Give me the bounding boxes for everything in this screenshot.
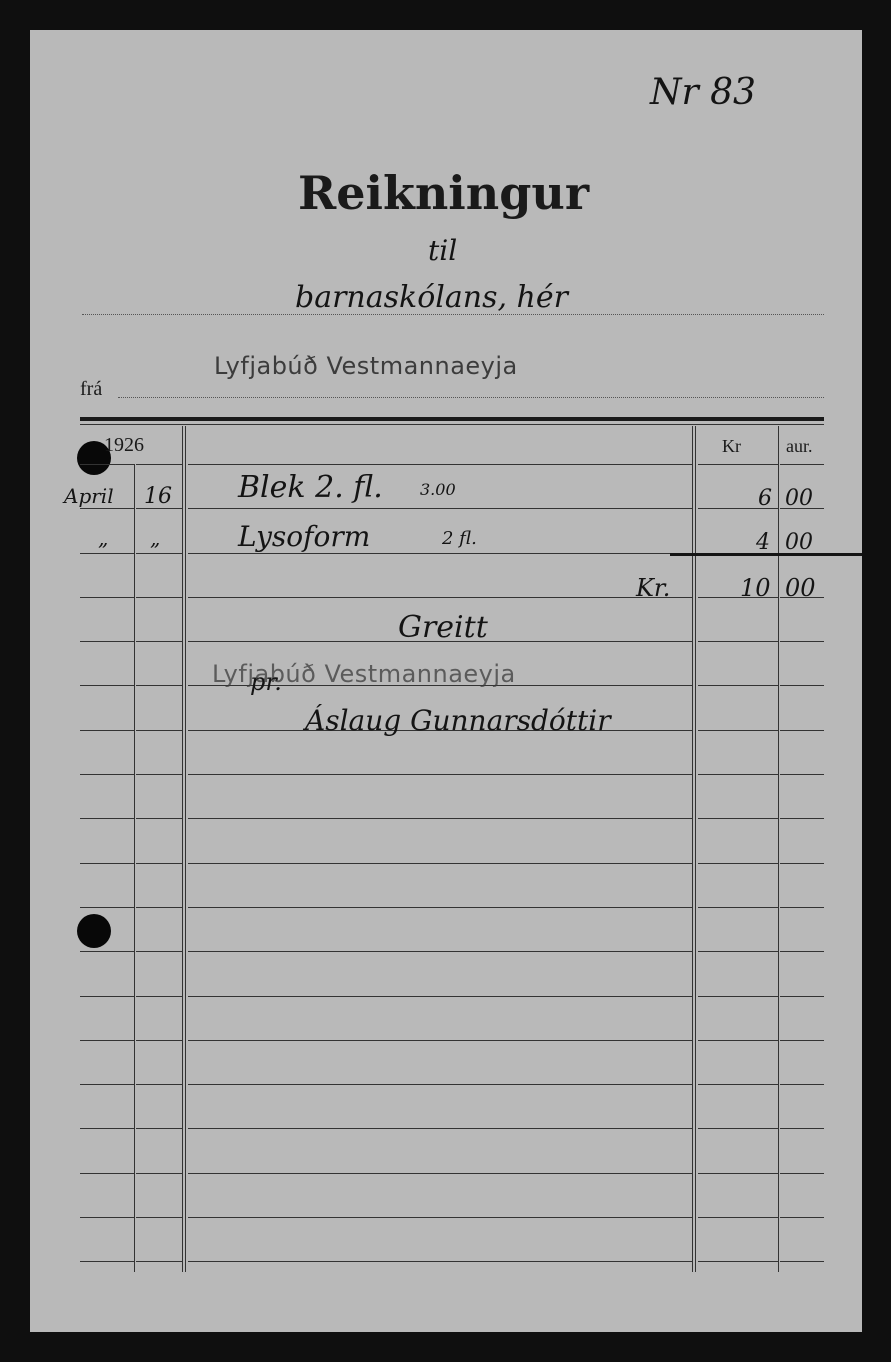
row-line [80, 685, 134, 686]
total-aur: 00 [785, 574, 816, 602]
row-line [698, 1040, 778, 1041]
row2-item: Lysoform [238, 520, 370, 553]
total-rule [670, 553, 862, 556]
row-line [698, 464, 778, 465]
row-line [780, 464, 824, 465]
row-line [136, 553, 182, 554]
row-line [780, 863, 824, 864]
row1-unit-price: 3.00 [420, 480, 456, 499]
row2-day: „ [150, 526, 160, 550]
row-line [698, 1217, 778, 1218]
row-line [698, 1084, 778, 1085]
row-line [136, 1173, 182, 1174]
row-line [136, 597, 182, 598]
page-title: Reikningur [298, 166, 589, 220]
row-line [698, 951, 778, 952]
row-line [698, 907, 778, 908]
header-rule [80, 417, 824, 421]
row-line [698, 1128, 778, 1129]
row-line [136, 1217, 182, 1218]
row-line [136, 1040, 182, 1041]
row-line [780, 1217, 824, 1218]
row-line [80, 1084, 134, 1085]
row-line [698, 1261, 778, 1262]
row-line [136, 907, 182, 908]
col-line-day [134, 464, 135, 1272]
row-line [698, 641, 778, 642]
row-line [80, 730, 134, 731]
recipient-line [82, 314, 824, 315]
row-line [188, 553, 692, 554]
row-line [188, 951, 692, 952]
row2-kr: 4 [756, 530, 770, 555]
row-line [80, 641, 134, 642]
row-line [136, 1084, 182, 1085]
row1-kr: 6 [758, 486, 772, 511]
row-line [780, 818, 824, 819]
row-line [188, 863, 692, 864]
row-line [188, 597, 692, 598]
row-line [780, 996, 824, 997]
row-line [80, 508, 134, 509]
row-line [698, 685, 778, 686]
row-line [780, 1084, 824, 1085]
row-line [136, 464, 182, 465]
col-line-desc-2 [185, 426, 186, 1272]
from-stamp: Lyfjabúð Vestmannaeyja [214, 352, 518, 380]
per-label: pr. [250, 668, 282, 696]
row-line [80, 1217, 134, 1218]
row-line [698, 774, 778, 775]
row-line [780, 951, 824, 952]
aur-header: aur. [786, 436, 813, 457]
row-line [698, 1173, 778, 1174]
row-line [188, 464, 692, 465]
row1-item: Blek 2. fl. [238, 470, 383, 505]
row-line [136, 1128, 182, 1129]
row-line [188, 818, 692, 819]
row-line [136, 951, 182, 952]
row-line [780, 730, 824, 731]
row-line [780, 1040, 824, 1041]
row-line [780, 641, 824, 642]
row-line [188, 1173, 692, 1174]
row-line [188, 1040, 692, 1041]
row-line [188, 996, 692, 997]
signature: Áslaug Gunnarsdóttir [305, 704, 611, 737]
row-line [780, 907, 824, 908]
invoice-number: Nr 83 [650, 72, 756, 113]
row-line [188, 1217, 692, 1218]
to-label: til [428, 234, 457, 267]
paid-label: Greitt [398, 610, 488, 645]
row-line [80, 774, 134, 775]
row-line [698, 818, 778, 819]
row1-month: April [64, 484, 114, 508]
row-line [80, 1040, 134, 1041]
row-line [188, 907, 692, 908]
row-line [136, 685, 182, 686]
row-line [188, 774, 692, 775]
row-line [136, 996, 182, 997]
row-line [80, 464, 134, 465]
row-line [780, 685, 824, 686]
row-line [188, 1084, 692, 1085]
row-line [136, 1261, 182, 1262]
recipient-name: barnaskólans, hér [295, 280, 568, 315]
year-label: 1926 [104, 434, 144, 457]
row-line [698, 996, 778, 997]
row2-month: „ [98, 526, 108, 550]
row-line [80, 818, 134, 819]
row-line [698, 863, 778, 864]
row-line [136, 641, 182, 642]
row-line [136, 730, 182, 731]
row-line [80, 1128, 134, 1129]
row2-aur: 00 [785, 530, 813, 555]
row-line [80, 951, 134, 952]
from-label: frá [80, 378, 102, 401]
row-line [80, 597, 134, 598]
row1-day: 16 [144, 484, 172, 509]
row-line [80, 553, 134, 554]
row-line [188, 508, 692, 509]
row-line [780, 1261, 824, 1262]
row1-aur: 00 [785, 486, 813, 511]
row-line [80, 907, 134, 908]
row-line [780, 1128, 824, 1129]
col-line-desc-1 [182, 426, 183, 1272]
row2-qty: 2 fl. [442, 528, 477, 549]
row-line [136, 818, 182, 819]
row-line [780, 1173, 824, 1174]
row-line [188, 1128, 692, 1129]
row-line [80, 1173, 134, 1174]
from-line [118, 397, 824, 398]
kr-header: Kr [722, 436, 741, 457]
row-line [80, 996, 134, 997]
total-label: Kr. [636, 574, 670, 602]
row-line [80, 863, 134, 864]
row-line [188, 1261, 692, 1262]
row-line [136, 774, 182, 775]
total-kr: 10 [740, 574, 771, 602]
row-line [698, 730, 778, 731]
row-line [136, 863, 182, 864]
punch-hole-bottom [77, 914, 111, 948]
row-line [780, 774, 824, 775]
header-rule-thin [80, 424, 824, 425]
row-line [80, 1261, 134, 1262]
